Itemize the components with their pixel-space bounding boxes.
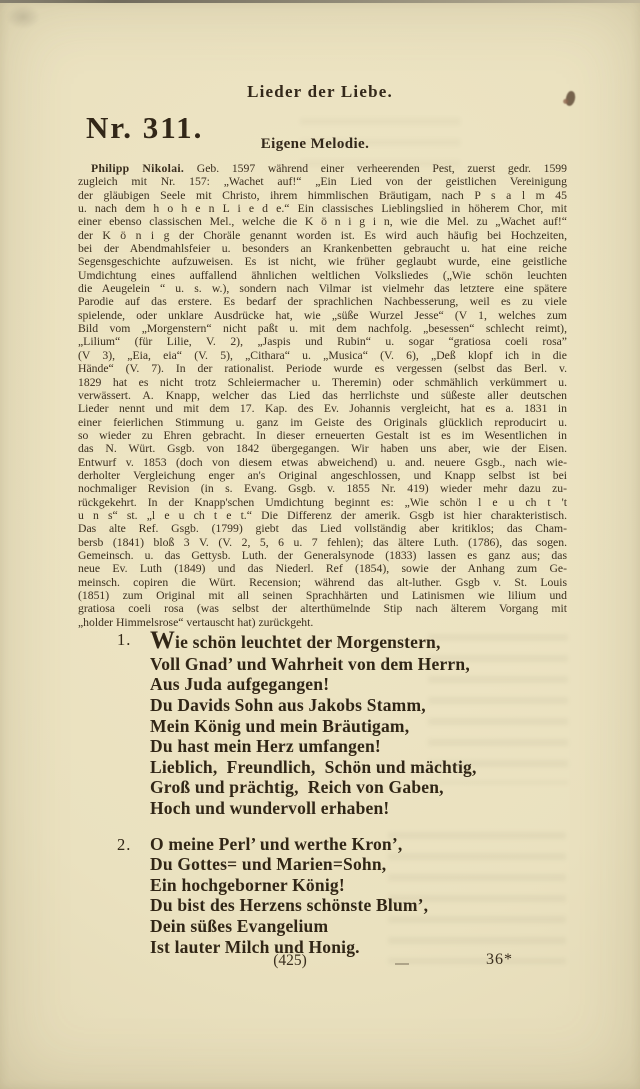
verse-1: 1. Wie schön leuchtet der Morgenstern, V… [150, 629, 477, 819]
intro-line: das N. Würt. Gsgb. von 1842 übergegangen… [78, 442, 567, 455]
intro-line: rückgekehrt. In der Knapp'schen Umdichtu… [78, 496, 567, 509]
intro-line: der K ö n i g der Choräle genannt worden… [78, 229, 567, 242]
footer-dash [395, 963, 409, 965]
verse-line: Du hast mein Herz umfangen! [150, 736, 477, 757]
intro-line: Gemeinsch. u. das Gettysb. Luth. der Gen… [78, 549, 567, 562]
intro-line: Philipp Nikolai. Geb. 1597 während einer… [78, 162, 567, 175]
intro-line: so wieder zu Ehren gebracht. In dieser e… [78, 429, 567, 442]
verse-line: Groß und prächtig, Reich von Gaben, [150, 777, 477, 798]
verse-line: Du bist des Herzens schönste Blum’, [150, 895, 477, 916]
verse-line: O meine Perl’ und werthe Kron’, [150, 834, 477, 855]
verse-line: Voll Gnad’ und Wahrheit von dem Herrn, [150, 654, 477, 675]
intro-line: verwässert. A. Knapp, welcher das Lied d… [78, 389, 567, 402]
intro-line: „Lilium“ (für Lilie, V. 2), „Jaspis und … [78, 335, 567, 348]
verse-line: Lieblich, Freundlich, Schön und mächtig, [150, 757, 477, 778]
intro-line: einer feierlichen Stimmung u. ganz im Ge… [78, 416, 567, 429]
intro-line: Hände“ (V. 7). In der rationalist. Perio… [78, 362, 567, 375]
intro-line: 1829 hat es nicht trotz Schleiermacher u… [78, 376, 567, 389]
signature-mark: 36* [486, 951, 513, 969]
corner-smudge [6, 5, 40, 29]
intro-line: Umdichtung eines auffallend ähnlichen we… [78, 269, 567, 282]
hymn-verses: 1. Wie schön leuchtet der Morgenstern, V… [150, 629, 477, 972]
intro-line: Bild vom „Morgenstern“ nicht paßt u. mit… [78, 322, 567, 335]
verse-line: Ein hochgeborner König! [150, 875, 477, 896]
intro-line: zugleich mit Nr. 157: „Wachet auf!“ „Ein… [78, 175, 567, 188]
verse-line: Du Gottes= und Marien=Sohn, [150, 854, 477, 875]
intro-line: meinsch. copiren die Würt. Recension; wä… [78, 576, 567, 589]
intro-line: bersb (1841) bloß 3 V. (V. 2, 5, 6 u. 7 … [78, 536, 567, 549]
intro-line: Parodie auf das erstere. Es bedarf der s… [78, 295, 567, 308]
intro-line: Entwurf v. 1853 (doch von diesem etwas a… [78, 456, 567, 469]
page-top-edge [0, 0, 640, 3]
intro-line: bei der Abendmahlsfeier u. besonders an … [78, 242, 567, 255]
verse-number: 2. [117, 835, 131, 855]
verse-line: Du Davids Sohn aus Jakobs Stamm, [150, 695, 477, 716]
intro-line: derholter Vergleichung enger an's Origin… [78, 469, 567, 482]
intro-line: nochmaliger Revision (in s. Evang. Gsgb.… [78, 482, 567, 495]
intro-line: Segensgeschichte aufzuweisen. Es ist nic… [78, 255, 567, 268]
intro-line: (V 3), „Eia, eia“ (V. 5), „Cithara“ u. „… [78, 349, 567, 362]
intro-line: der gläubigen Seele mit Christo, ihrem h… [78, 189, 567, 202]
verse-2: 2. O meine Perl’ und werthe Kron’, Du Go… [150, 834, 477, 958]
intro-line: gratiosa coeli rosa (was selbst der alte… [78, 602, 567, 615]
verse-line: Mein König und mein Bräutigam, [150, 716, 477, 737]
verse-line: Wie schön leuchtet der Morgenstern, [150, 629, 477, 654]
intro-line: u n s“ st. „l e u ch t e t.“ Die Differe… [78, 509, 567, 522]
intro-line: einer ebenso classischen Mel., welche di… [78, 215, 567, 228]
intro-paragraph: Philipp Nikolai. Geb. 1597 während einer… [78, 162, 567, 629]
page-number: (425) [240, 952, 340, 970]
verse-line: Aus Juda aufgegangen! [150, 674, 477, 695]
intro-line-text: Geb. 1597 während einer verheerenden Pes… [197, 162, 567, 175]
verse-number: 1. [117, 630, 131, 650]
running-head: Lieder der Liebe. [0, 82, 640, 102]
verse-line: Hoch und wundervoll erhaben! [150, 798, 477, 819]
author-name: Philipp Nikolai. [91, 162, 184, 175]
intro-line: Das alte Ref. Gsgb. (1799) giebt das Lie… [78, 522, 567, 535]
intro-line: u. nach dem h o h e n L i e d e.“ Ein cl… [78, 202, 567, 215]
intro-line: spielende, oder unklare Ausdrücke hat, w… [78, 309, 567, 322]
verse-line: Dein süßes Evangelium [150, 916, 477, 937]
book-page: Lieder der Liebe. Nr. 311. Eigene Melodi… [0, 0, 640, 1089]
intro-line: Lieder nennt und mit dem 17. Kap. des Ev… [78, 402, 567, 415]
intro-line: neue Ev. Luth (1849) und das Niederl. Re… [78, 562, 567, 575]
melody-title: Eigene Melodie. [0, 136, 630, 153]
intro-line: (1851) zum Original mit all seinen Sprac… [78, 589, 567, 602]
intro-lines: zugleich mit Nr. 157: „Wachet auf!“ „Ein… [78, 175, 567, 629]
intro-line: die Aeugelein “ u. s. w.), sondern nach … [78, 282, 567, 295]
